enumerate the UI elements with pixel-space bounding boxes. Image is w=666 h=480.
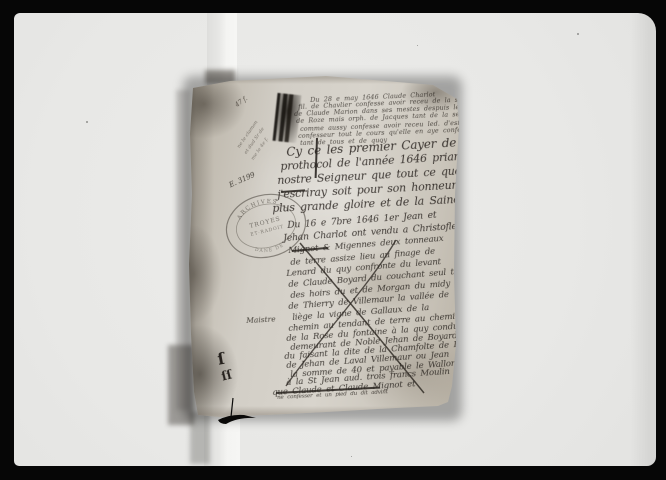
dust-speck	[417, 45, 418, 46]
margin-note-maistre: Maistre	[246, 314, 276, 325]
dust-speck	[577, 33, 579, 35]
stamp-arc-bottom-text: DANE DE	[253, 240, 286, 258]
archive-stamp: ARCHIVES TROYES ET·RADOIT DANE DE	[218, 184, 314, 268]
dust-speck	[351, 456, 352, 457]
scanned-manuscript-image: Du 28 e may 1646 Claude Charlot fil. de …	[0, 0, 666, 480]
manuscript-page: Du 28 e may 1646 Claude Charlot fil. de …	[186, 74, 460, 420]
dust-speck	[86, 121, 88, 123]
svg-text:DANE DE: DANE DE	[253, 240, 286, 258]
ink-hook-mark	[214, 394, 264, 430]
